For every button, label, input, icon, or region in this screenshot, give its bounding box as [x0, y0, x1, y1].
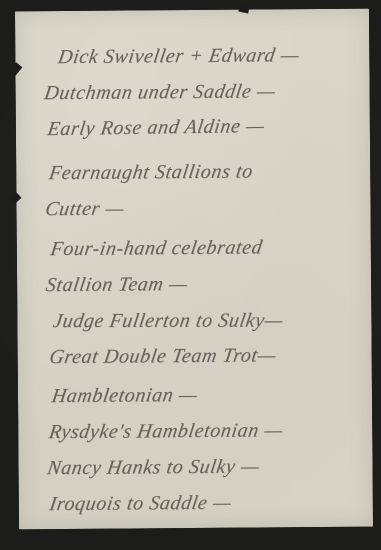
- handwritten-note-paper: Dick Swiveller + Edward — Dutchman under…: [15, 9, 373, 530]
- note-line: Four-in-hand celebrated: [48, 229, 370, 268]
- note-line: Iroquois to Saddle —: [47, 484, 372, 523]
- note-line: Stallion Team —: [43, 265, 370, 304]
- photo-background: Dick Swiveller + Edward — Dutchman under…: [0, 0, 381, 550]
- note-line: Fearnaught Stallions to: [46, 153, 369, 192]
- note-line: Dutchman under Saddle —: [42, 73, 369, 112]
- paper-edge-nick: [9, 62, 23, 76]
- note-line: Nancy Hanks to Sulky —: [45, 448, 372, 487]
- note-line: Dick Swiveller + Edward —: [55, 37, 368, 75]
- paper-edge-nick: [9, 192, 21, 204]
- paper-edge-nick: [238, 5, 249, 14]
- note-text: Dick Swiveller + Edward — Dutchman under…: [29, 37, 367, 523]
- note-line: Hambletonian —: [49, 376, 371, 415]
- note-line: Early Rose and Aldine —: [45, 106, 369, 147]
- note-line: Cutter —: [43, 189, 370, 228]
- note-line: Great Double Team Trot—: [47, 337, 371, 376]
- note-line: Judge Fullerton to Sulky—: [51, 302, 371, 339]
- note-line: Rysdyke's Hambletonian —: [46, 412, 371, 451]
